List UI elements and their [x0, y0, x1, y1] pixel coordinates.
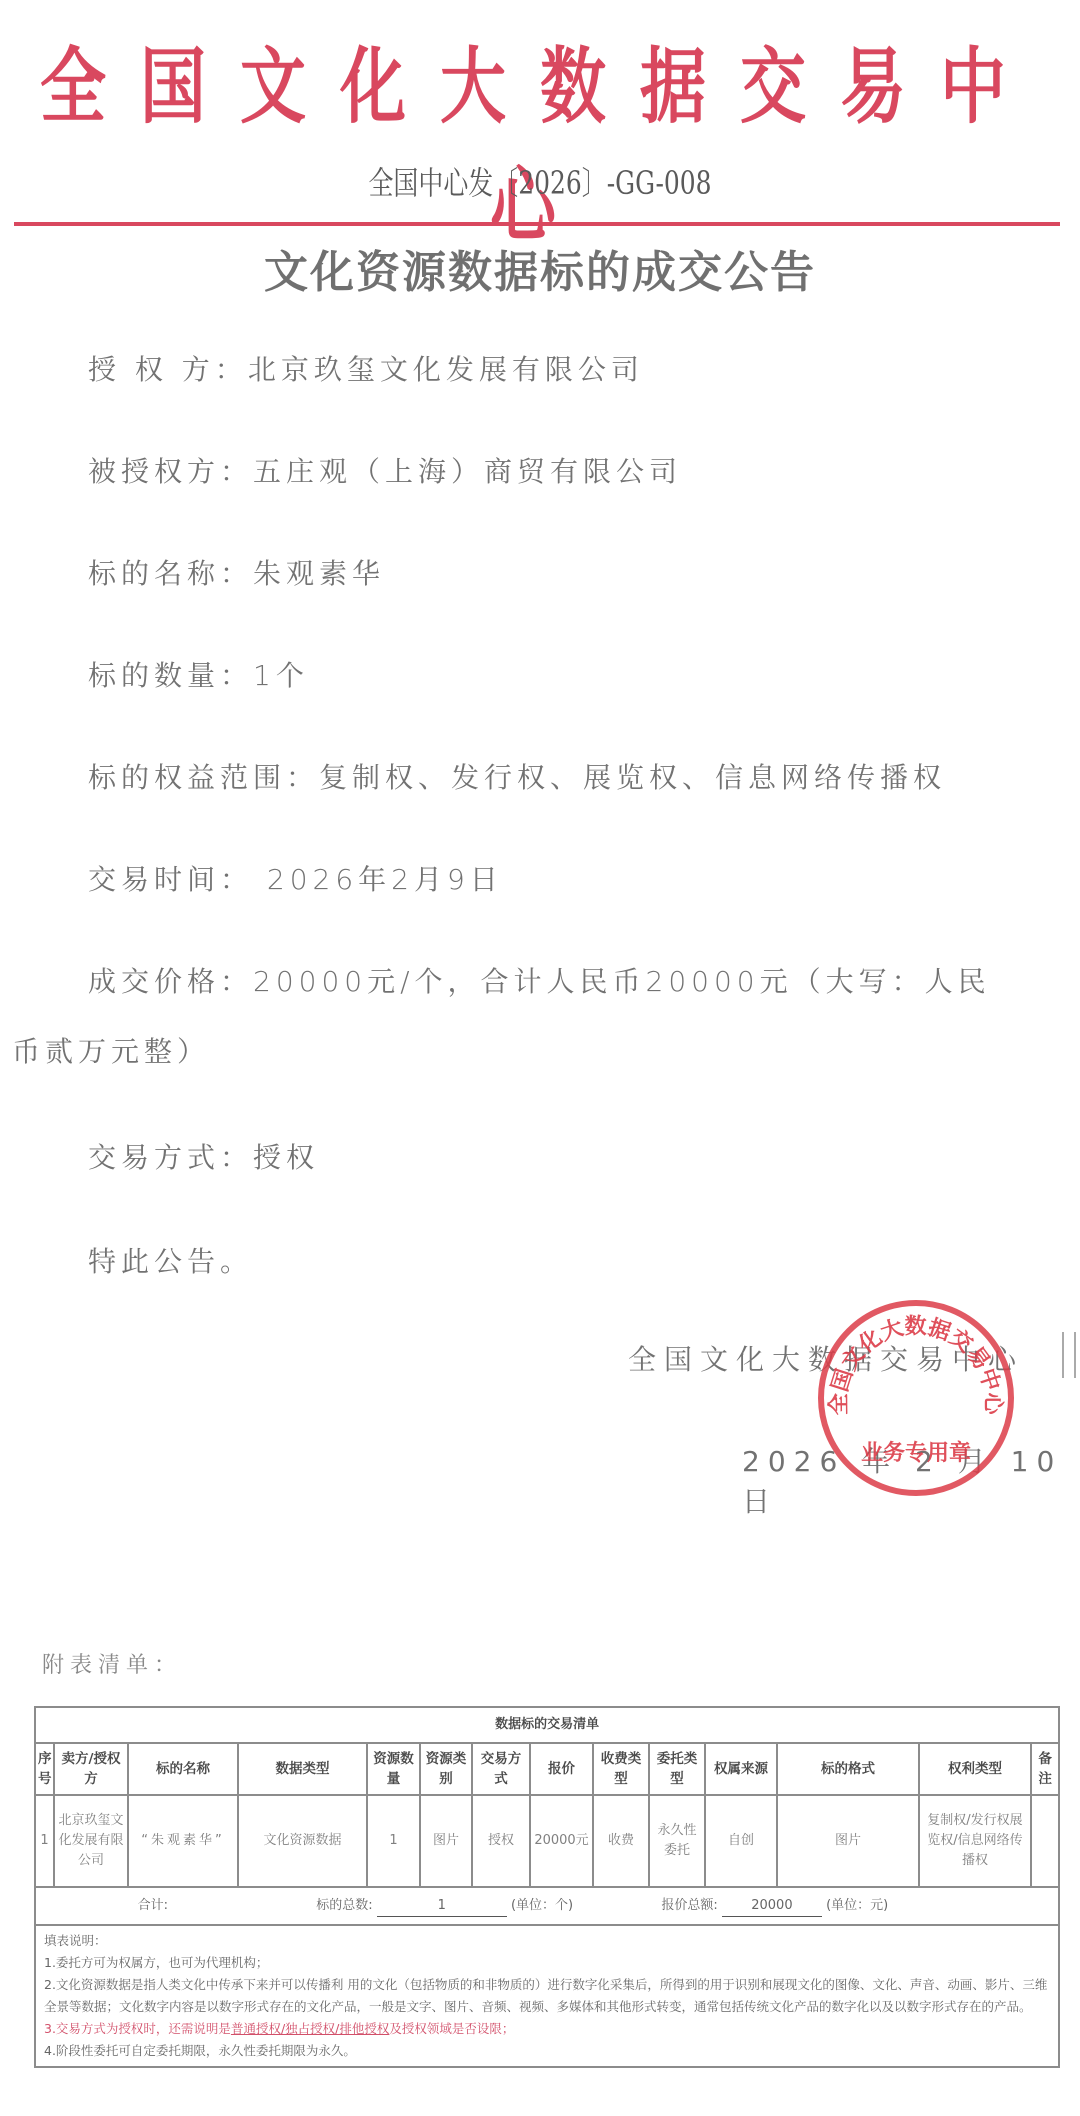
- closing-statement: 特此公告。: [88, 1240, 253, 1280]
- trade-list-table: 数据标的交易清单 序号 卖方/授权方 标的名称 数据类型 资源数量 资源类别 交…: [34, 1706, 1060, 2068]
- cell-data-type: 文化资源数据: [238, 1795, 367, 1887]
- cell-category: 图片: [420, 1795, 472, 1887]
- col-price: 报价: [530, 1743, 593, 1795]
- table-summary-row: 合计: 标的总数: 1 (单位：个) 报价总额: 20000 (单位：元): [35, 1887, 1059, 1925]
- cell-quantity: 1: [367, 1795, 420, 1887]
- cell-subject-name: “朱观素华”: [128, 1795, 238, 1887]
- seal-icon: 全国文化大数据交易中心 业务专用章: [818, 1300, 1014, 1496]
- summary-total-label: 合计:: [38, 1896, 168, 1916]
- table-notes-row: 填表说明： 1.委托方可为权属方，也可为代理机构； 2.文化资源数据是指人类文化…: [35, 1925, 1059, 2067]
- col-index: 序号: [35, 1743, 54, 1795]
- svg-text:全国文化大数据交易中心: 全国文化大数据交易中心: [826, 1313, 1005, 1415]
- announcement-title: 文化资源数据标的成交公告: [0, 236, 1080, 300]
- field-licensor: 授 权 方：北京玖玺文化发展有限公司: [88, 348, 644, 388]
- red-divider: [14, 222, 1060, 226]
- field-licensee: 被授权方：五庄观（上海）商贸有限公司: [88, 450, 682, 490]
- table-caption: 数据标的交易清单: [35, 1707, 1059, 1743]
- table-header-row: 序号 卖方/授权方 标的名称 数据类型 资源数量 资源类别 交易方式 报价 收费…: [35, 1743, 1059, 1795]
- cell-seller: 北京玖玺文化发展有限公司: [54, 1795, 128, 1887]
- col-fee-type: 收费类型: [593, 1743, 649, 1795]
- cell-index: 1: [35, 1795, 54, 1887]
- table-row: 1 北京玖玺文化发展有限公司 “朱观素华” 文化资源数据 1 图片 授权 200…: [35, 1795, 1059, 1887]
- col-ownership-source: 权属来源: [705, 1743, 777, 1795]
- col-seller: 卖方/授权方: [54, 1743, 128, 1795]
- col-subject-name: 标的名称: [128, 1743, 238, 1795]
- cell-entrust-type: 永久性委托: [649, 1795, 705, 1887]
- col-quantity: 资源数量: [367, 1743, 420, 1795]
- note-item: 4.阶段性委托可自定委托期限，永久性委托期限为永久。: [44, 2040, 1050, 2062]
- summary-amount-label: 报价总额:: [661, 1898, 717, 1913]
- summary-count-label: 标的总数:: [316, 1898, 372, 1913]
- summary-amount-unit: (单位：元): [826, 1898, 888, 1913]
- cell-price: 20000元: [530, 1795, 593, 1887]
- col-format: 标的格式: [777, 1743, 919, 1795]
- summary-count-value: 1: [377, 1896, 507, 1917]
- field-trade-time: 交易时间： 2026年2月9日: [88, 858, 503, 898]
- cell-ownership-source: 自创: [705, 1795, 777, 1887]
- cell-trade-mode: 授权: [472, 1795, 530, 1887]
- field-deal-price: 成交价格：20000元/个，合计人民币20000元（大写：人民: [88, 960, 991, 1000]
- note-item-highlighted: 3.交易方式为授权时，还需说明是普通授权/独占授权/排他授权及授权领域是否设限；: [44, 2018, 1050, 2040]
- field-trade-mode: 交易方式：授权: [88, 1136, 319, 1176]
- cell-format: 图片: [777, 1795, 919, 1887]
- appendix-label: 附表清单：: [42, 1648, 182, 1679]
- col-entrust-type: 委托类型: [649, 1743, 705, 1795]
- cell-fee-type: 收费: [593, 1795, 649, 1887]
- scan-marks: [1062, 1332, 1076, 1378]
- field-subject-quantity: 标的数量：1个: [88, 654, 309, 694]
- note-item: 1.委托方可为权属方，也可为代理机构；: [44, 1952, 1050, 1974]
- document-number: 全国中心发〔2026〕-GG-008: [119, 158, 961, 204]
- notes-heading: 填表说明：: [44, 1930, 1050, 1952]
- col-rights: 权利类型: [919, 1743, 1031, 1795]
- col-remark: 备注: [1031, 1743, 1059, 1795]
- official-seal: 全国文化大数据交易中心 业务专用章: [818, 1300, 1014, 1496]
- summary-count-unit: (单位：个): [511, 1898, 573, 1913]
- field-deal-price-continuation: 币贰万元整）: [12, 1030, 210, 1070]
- cell-remark: [1031, 1795, 1059, 1887]
- col-trade-mode: 交易方式: [472, 1743, 530, 1795]
- cell-rights: 复制权/发行权展览权/信息网络传播权: [919, 1795, 1031, 1887]
- field-subject-name: 标的名称：朱观素华: [88, 552, 385, 592]
- summary-amount-value: 20000: [722, 1896, 822, 1917]
- note-item: 2.文化资源数据是指人类文化中传承下来并可以传播利 用的文化（包括物质的和非物质…: [44, 1974, 1050, 2018]
- field-rights-scope: 标的权益范围：复制权、发行权、展览权、信息网络传播权: [88, 756, 946, 796]
- col-data-type: 数据类型: [238, 1743, 367, 1795]
- svg-text:业务专用章: 业务专用章: [861, 1440, 971, 1466]
- col-category: 资源类别: [420, 1743, 472, 1795]
